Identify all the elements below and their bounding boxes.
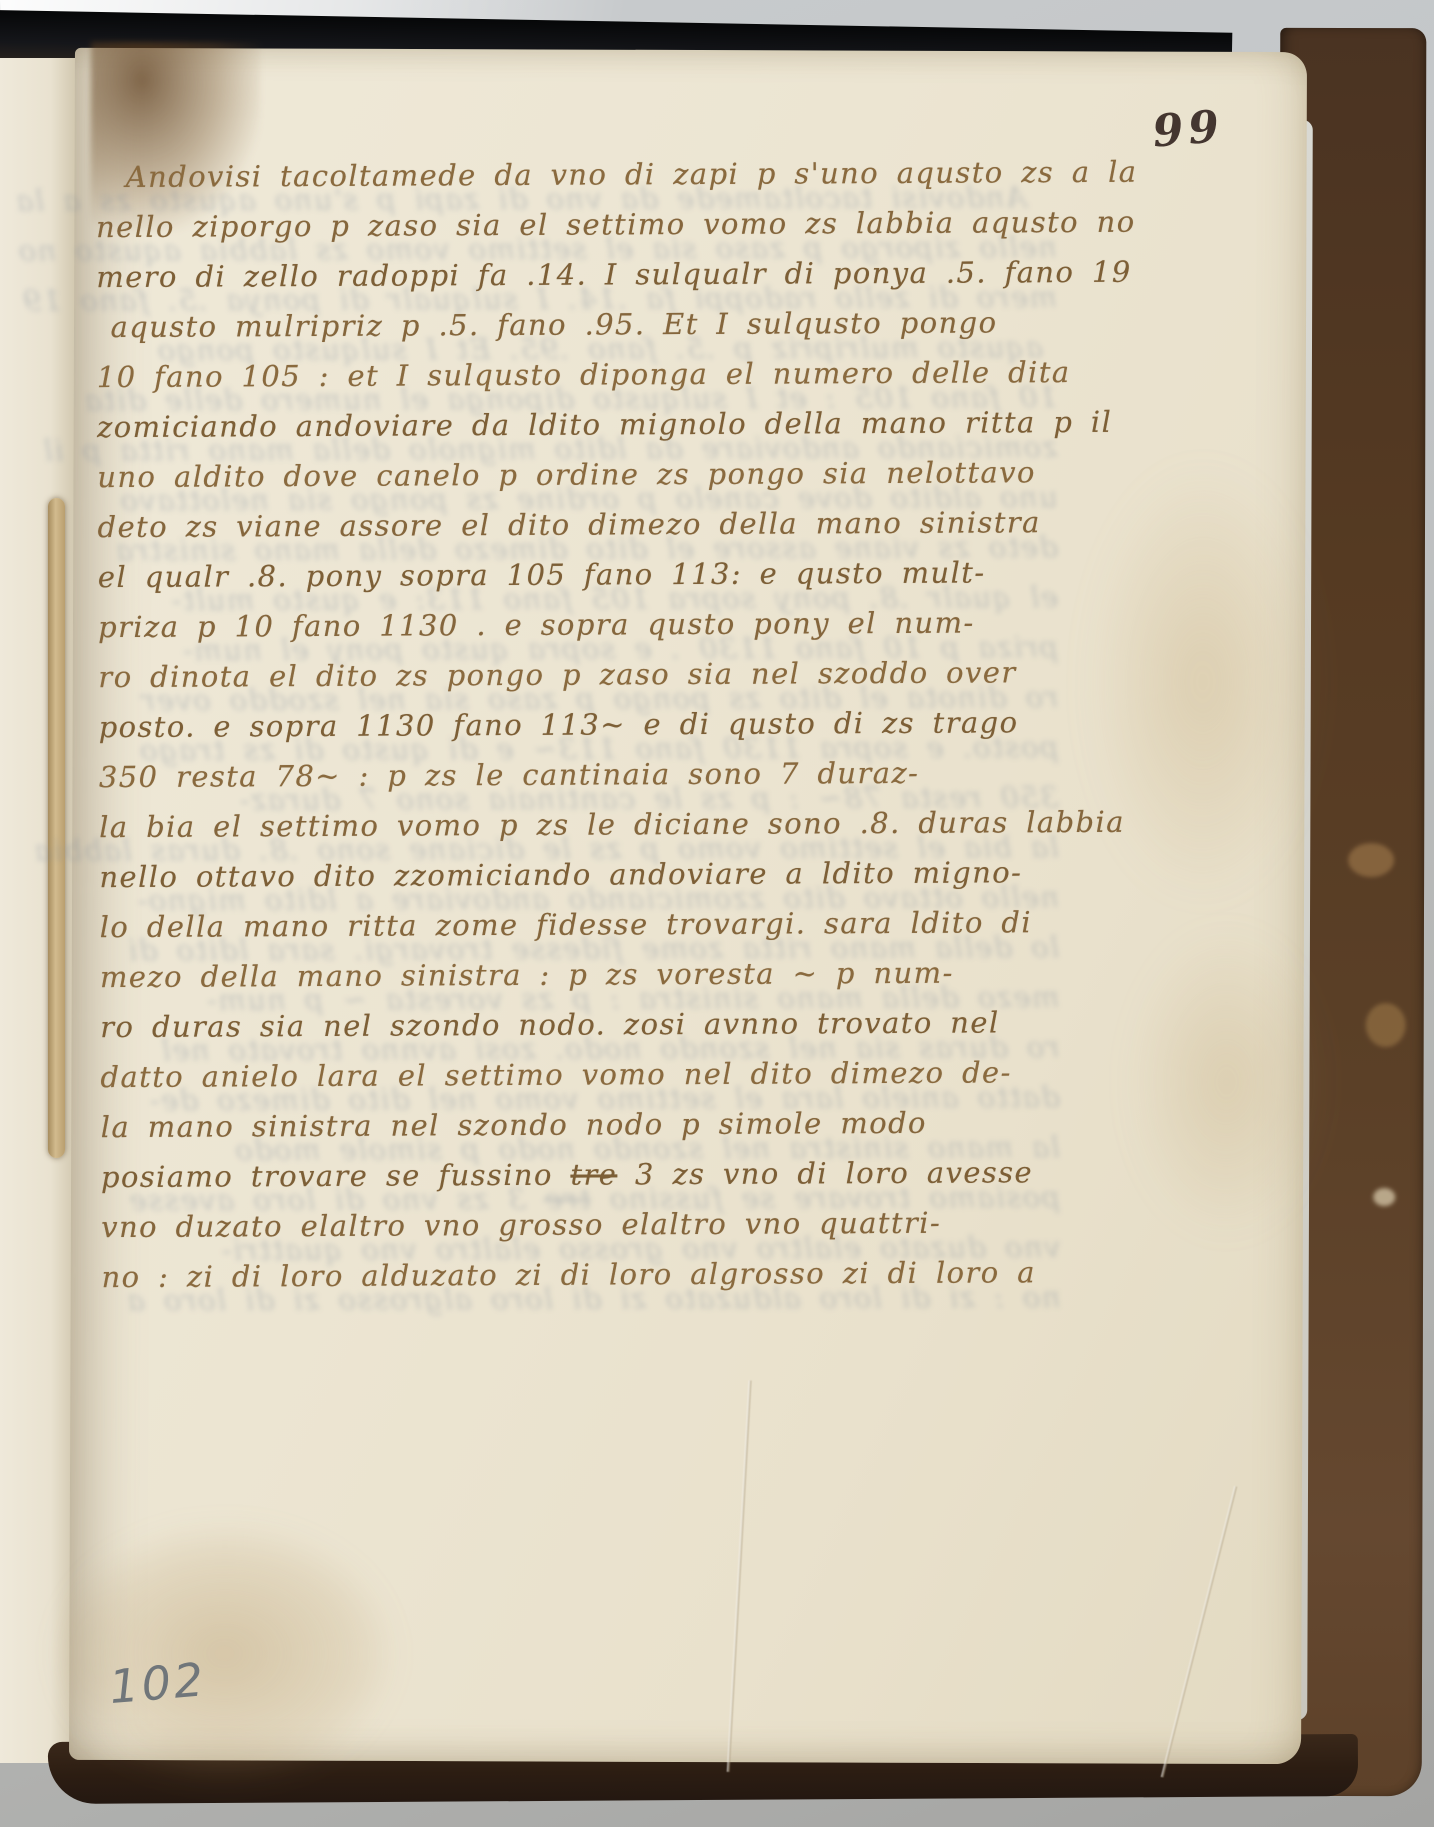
manuscript-line: la bia el settimo vomo p zs le diciane s… bbox=[99, 797, 1059, 852]
manuscript-line: 350 resta 78~ : p zs le cantinaia sono 7… bbox=[99, 747, 1059, 802]
page-number-ink: 99 bbox=[1151, 101, 1226, 158]
manuscript-line: no : zi di loro alduzato zi di loro algr… bbox=[101, 1247, 1061, 1302]
manuscript-line: mezo della mano sinistra : p zs voresta … bbox=[100, 947, 1060, 1002]
manuscript-page: Andovisi tacoltamede da vno di zapi p s'… bbox=[69, 48, 1307, 1764]
manuscript-line: 10 fano 105 : et I sulqusto diponga el n… bbox=[97, 347, 1057, 402]
manuscript-line: mero di zello radoppi fa .14. I sulqualr… bbox=[96, 247, 1056, 302]
manuscript-line: zomiciando andoviare da ldito mignolo de… bbox=[97, 397, 1057, 452]
manuscript-line: ro dinota el dito zs pongo p zaso sia ne… bbox=[98, 647, 1058, 702]
manuscript-line: nello ottavo dito zzomiciando andoviare … bbox=[99, 847, 1059, 902]
page-crease bbox=[1161, 1486, 1238, 1778]
manuscript-line: la mano sinistra nel szondo nodo p simol… bbox=[101, 1097, 1061, 1152]
binding-cord bbox=[48, 498, 65, 1158]
manuscript-line: Andovisi tacoltamede da vno di zapi p s'… bbox=[126, 147, 1056, 202]
water-stain-bottom-left bbox=[59, 1528, 390, 1779]
page-crease bbox=[727, 1380, 752, 1772]
manuscript-line: el qualr .8. pony sopra 105 fano 113: e … bbox=[98, 547, 1058, 602]
folio-number-pencil: 102 bbox=[107, 1652, 208, 1714]
manuscript-line: posiamo trovare se fussino tre 3 zs vno … bbox=[101, 1147, 1061, 1202]
manuscript-line: uno aldito dove canelo p ordine zs pongo… bbox=[97, 447, 1057, 502]
leather-wear-spot bbox=[1373, 1188, 1395, 1206]
manuscript-line: lo della mano ritta zome fidesse trovarg… bbox=[100, 897, 1060, 952]
leather-wear-spot bbox=[1348, 843, 1394, 877]
water-stain-right-edge bbox=[1131, 932, 1322, 1233]
manuscript-line: vno duzato elaltro vno grosso elaltro vn… bbox=[101, 1197, 1061, 1252]
manuscript-line: priza p 10 fano 1130 . e sopra qusto pon… bbox=[98, 597, 1058, 652]
scan-background: Andovisi tacoltamede da vno di zapi p s'… bbox=[0, 0, 1434, 1827]
manuscript-line: datto anielo lara el settimo vomo nel di… bbox=[100, 1047, 1060, 1102]
water-stain-right-edge bbox=[1092, 471, 1313, 892]
manuscript-line: nello ziporgo p zaso sia el settimo vomo… bbox=[96, 197, 1056, 252]
manuscript-line: deto zs viane assore el dito dimezo dell… bbox=[97, 497, 1057, 552]
manuscript-line: aqusto mulripriz p .5. fano .95. Et I su… bbox=[110, 297, 1056, 352]
manuscript-text-block: Andovisi tacoltamede da vno di zapi p s'… bbox=[96, 147, 1062, 1302]
manuscript-line: ro duras sia nel szondo nodo. zosi avnno… bbox=[100, 997, 1060, 1052]
manuscript-line: posto. e sopra 1130 fano 113~ e di qusto… bbox=[99, 697, 1059, 752]
leather-wear-spot bbox=[1366, 1003, 1406, 1047]
